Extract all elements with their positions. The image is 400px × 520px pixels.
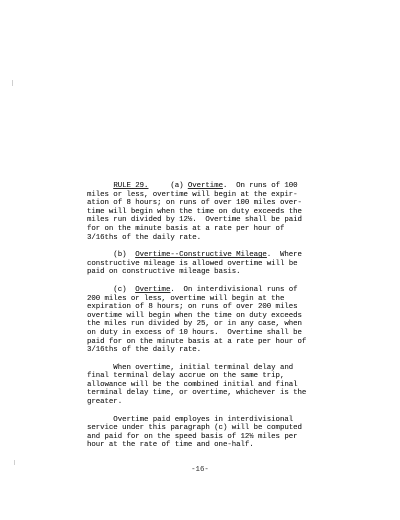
text-line: (b) Overtime--Constructive Mileage. Wher… (87, 251, 332, 260)
text-line: the miles run divided by 25, or in any c… (87, 320, 332, 329)
text-line: paid on constructive mileage basis. (87, 268, 332, 277)
text-line: When overtime, initial terminal delay an… (87, 364, 332, 373)
overtime-heading: Overtime (188, 182, 223, 190)
text-line: service under this paragraph (c) will be… (87, 424, 332, 433)
rule-heading: RULE 29. (113, 182, 148, 190)
document-page: RULE 29. (a) Overtime. On runs of 100 mi… (0, 0, 400, 520)
text-line: hour at the rate of time and one-half. (87, 441, 332, 450)
text-line: Overtime paid employes in interdivisiona… (87, 416, 332, 425)
margin-mark (14, 460, 15, 465)
rule-29-text: RULE 29. (a) Overtime. On runs of 100 mi… (87, 182, 332, 459)
paragraph-a: RULE 29. (a) Overtime. On runs of 100 mi… (87, 182, 332, 242)
text-line: expiration of 8 hours; on runs of over 2… (87, 303, 332, 312)
text-line: final terminal delay accrue on the same … (87, 372, 332, 381)
constructive-mileage-heading: Overtime--Constructive Mileage (135, 251, 267, 259)
text-line: 200 miles or less, overtime will begin a… (87, 295, 332, 304)
text-line: (c) Overtime. On interdivisional runs of (87, 286, 332, 295)
text-line: terminal delay time, or overtime, whiche… (87, 389, 332, 398)
text-line: paid for on the minute basis at a rate p… (87, 338, 332, 347)
text-line: miles or less, overtime will begin at th… (87, 191, 332, 200)
paragraph-interdivisional: Overtime paid employes in interdivisiona… (87, 416, 332, 450)
text-line: ation of 8 hours; on runs of over 100 mi… (87, 199, 332, 208)
text-line: on duty in excess of 10 hours. Overtime … (87, 329, 332, 338)
text-line: RULE 29. (a) Overtime. On runs of 100 (87, 182, 332, 191)
paragraph-terminal-delay: When overtime, initial terminal delay an… (87, 364, 332, 407)
paragraph-c: (c) Overtime. On interdivisional runs of… (87, 286, 332, 355)
text-line: for on the minute basis at a rate per ho… (87, 225, 332, 234)
paragraph-b: (b) Overtime--Constructive Mileage. Wher… (87, 251, 332, 277)
text-line: 3/16ths of the daily rate. (87, 234, 332, 243)
text-line: miles run divided by 12½. Overtime shall… (87, 216, 332, 225)
page-number: -16- (0, 466, 400, 474)
text-line: greater. (87, 398, 332, 407)
text-line: 3/16ths of the daily rate. (87, 346, 332, 355)
overtime-heading: Overtime (135, 286, 170, 294)
margin-mark (12, 80, 13, 86)
